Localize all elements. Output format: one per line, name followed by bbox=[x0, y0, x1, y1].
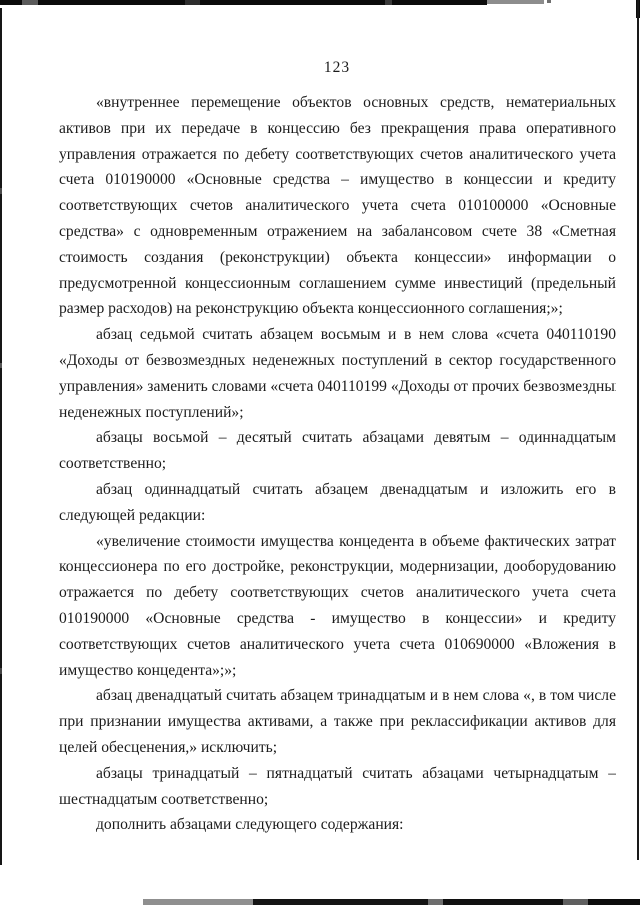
text-line: абзацы тринадцатый – пятнадцатый считать… bbox=[59, 761, 616, 787]
scanned-document-page: { "page": { "number": "123", "background… bbox=[0, 0, 640, 905]
text-line: активов при их передаче в концессию без … bbox=[59, 116, 616, 142]
text-line: размер расходов) на реконструкцию объект… bbox=[59, 296, 616, 322]
text-line: соответствующих счетов аналитического уч… bbox=[59, 193, 616, 219]
text-line: шестнадцатым соответственно; bbox=[59, 787, 616, 813]
text-line: абзац одиннадцатый считать абзацем двена… bbox=[59, 477, 616, 503]
text-line: соответствующих счетов аналитического уч… bbox=[59, 632, 616, 658]
paragraph: абзацы восьмой – десятый считать абзацам… bbox=[59, 425, 616, 477]
paragraph: «увеличение стоимости имущества концеден… bbox=[59, 529, 616, 684]
paragraph: абзацы тринадцатый – пятнадцатый считать… bbox=[59, 761, 616, 813]
document-body: «внутреннее перемещение объектов основны… bbox=[59, 90, 616, 838]
text-line: «увеличение стоимости имущества концеден… bbox=[59, 529, 616, 555]
text-line: средства» с одновременным отражением на … bbox=[59, 219, 616, 245]
text-line: отражается по дебету соответствующих сче… bbox=[59, 580, 616, 606]
scan-artifact-top-tick bbox=[547, 0, 551, 3]
scan-artifact-top-bar-gray bbox=[487, 0, 544, 4]
text-line: имущество концедента»;»; bbox=[59, 658, 616, 684]
scan-artifact-left-edge-line bbox=[0, 8, 2, 865]
page-number: 123 bbox=[59, 59, 615, 77]
text-line: дополнить абзацами следующего содержания… bbox=[59, 812, 616, 838]
text-line: неденежных поступлений»; bbox=[59, 400, 616, 426]
paragraph: дополнить абзацами следующего содержания… bbox=[59, 812, 616, 838]
text-line: при признании имущества активами, а такж… bbox=[59, 709, 616, 735]
text-line: управления отражается по дебету соответс… bbox=[59, 142, 616, 168]
text-line: предусмотренной концессионным соглашение… bbox=[59, 271, 616, 297]
text-line: счета 010190000 «Основные средства – иму… bbox=[59, 167, 616, 193]
text-line: стоимость создания (реконструкции) объек… bbox=[59, 245, 616, 271]
scan-artifact-top-bar bbox=[0, 0, 487, 5]
scan-artifact-right-edge-line bbox=[637, 0, 639, 860]
text-line: следующей редакции: bbox=[59, 503, 616, 529]
text-line: абзацы восьмой – десятый считать абзацам… bbox=[59, 425, 616, 451]
paragraph: «внутреннее перемещение объектов основны… bbox=[59, 90, 616, 322]
text-line: 010190000 «Основные средства - имущество… bbox=[59, 606, 616, 632]
text-line: концессионера по его достройке, реконстр… bbox=[59, 554, 616, 580]
text-line: целей обесценения,» исключить; bbox=[59, 735, 616, 761]
text-line: «внутреннее перемещение объектов основны… bbox=[59, 90, 616, 116]
paragraph: абзац двенадцатый считать абзацем тринад… bbox=[59, 683, 616, 760]
scan-artifact-bottom-bar bbox=[143, 899, 640, 905]
paragraph: абзац одиннадцатый считать абзацем двена… bbox=[59, 477, 616, 529]
text-line: управления» заменить словами «счета 0401… bbox=[59, 374, 616, 400]
paragraph: абзац седьмой считать абзацем восьмым и … bbox=[59, 322, 616, 425]
text-line: «Доходы от безвозмездных неденежных пост… bbox=[59, 348, 616, 374]
text-line: соответственно; bbox=[59, 451, 616, 477]
text-line: абзац седьмой считать абзацем восьмым и … bbox=[59, 322, 616, 348]
text-line: абзац двенадцатый считать абзацем тринад… bbox=[59, 683, 616, 709]
